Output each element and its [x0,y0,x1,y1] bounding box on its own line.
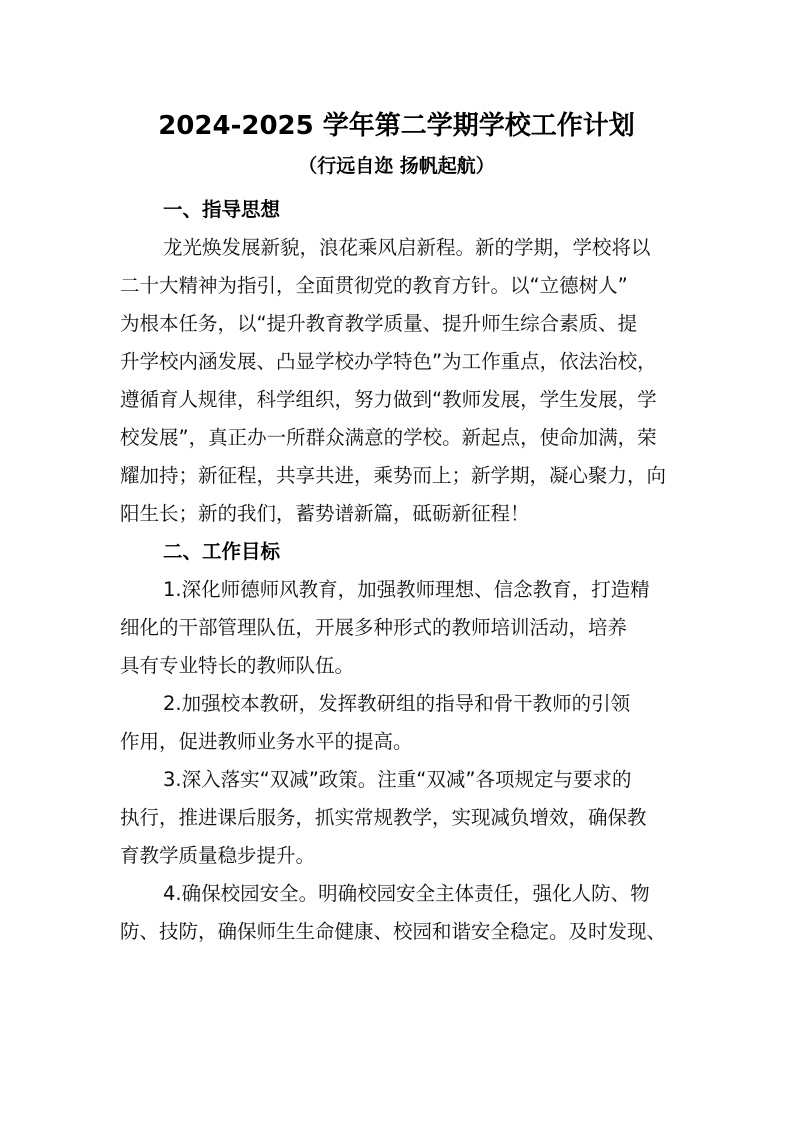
goal-item-4-line: 4.确保校园安全。明确校园安全主体责任，强化人防、物 [163,879,650,909]
paragraph-line: 二十大精神为指引，全面贯彻党的教育方针。以“立德树人” [120,271,628,301]
goal-item-3-line: 育教学质量稳步提升。 [120,841,315,871]
paragraph-line: 阳生长；新的我们，蓄势谱新篇，砥砺新征程！ [120,499,530,529]
section-heading-work-goals: 二、工作目标 [163,537,280,567]
document-page: 2024-2025 学年第二学期学校工作计划 （行远自迩 扬帆起航） 一、指导思… [0,0,793,1122]
section-heading-guiding-ideology: 一、指导思想 [163,195,280,225]
paragraph-line: 龙光焕发展新貌，浪花乘风启新程。新的学期，学校将以 [163,233,651,263]
goal-item-3-line: 执行，推进课后服务，抓实常规教学，实现减负增效，确保教 [120,803,647,833]
paragraph-line: 升学校内涵发展、凸显学校办学特色”为工作重点，依法治校， [120,347,657,377]
document-title: 2024-2025 学年第二学期学校工作计划 [0,108,793,144]
paragraph-line: 遵循育人规律，科学组织，努力做到“教师发展，学生发展，学 [120,385,657,415]
goal-item-1-line: 1.深化师德师风教育，加强教师理想、信念教育，打造精 [163,575,650,605]
goal-item-3-line: 3.深入落实“双减”政策。注重“双减”各项规定与要求的 [163,765,632,795]
goal-item-4-line: 防、技防，确保师生生命健康、校园和谐安全稳定。及时发现、 [120,917,666,947]
goal-item-2-line: 2.加强校本教研，发挥教研组的指导和骨干教师的引领 [163,689,630,719]
goal-item-1-line: 具有专业特长的教师队伍。 [120,651,354,681]
paragraph-line: 耀加持；新征程，共享共进，乘势而上；新学期，凝心聚力，向 [120,461,666,491]
document-subtitle: （行远自迩 扬帆起航） [0,151,793,181]
paragraph-line: 为根本任务，以“提升教育教学质量、提升师生综合素质、提 [120,309,637,339]
paragraph-line: 校发展”，真正办一所群众满意的学校。新起点，使命加满，荣 [120,423,657,453]
goal-item-1-line: 细化的干部管理队伍，开展多种形式的教师培训活动，培养 [120,613,627,643]
goal-item-2-line: 作用，促进教师业务水平的提高。 [120,727,413,757]
